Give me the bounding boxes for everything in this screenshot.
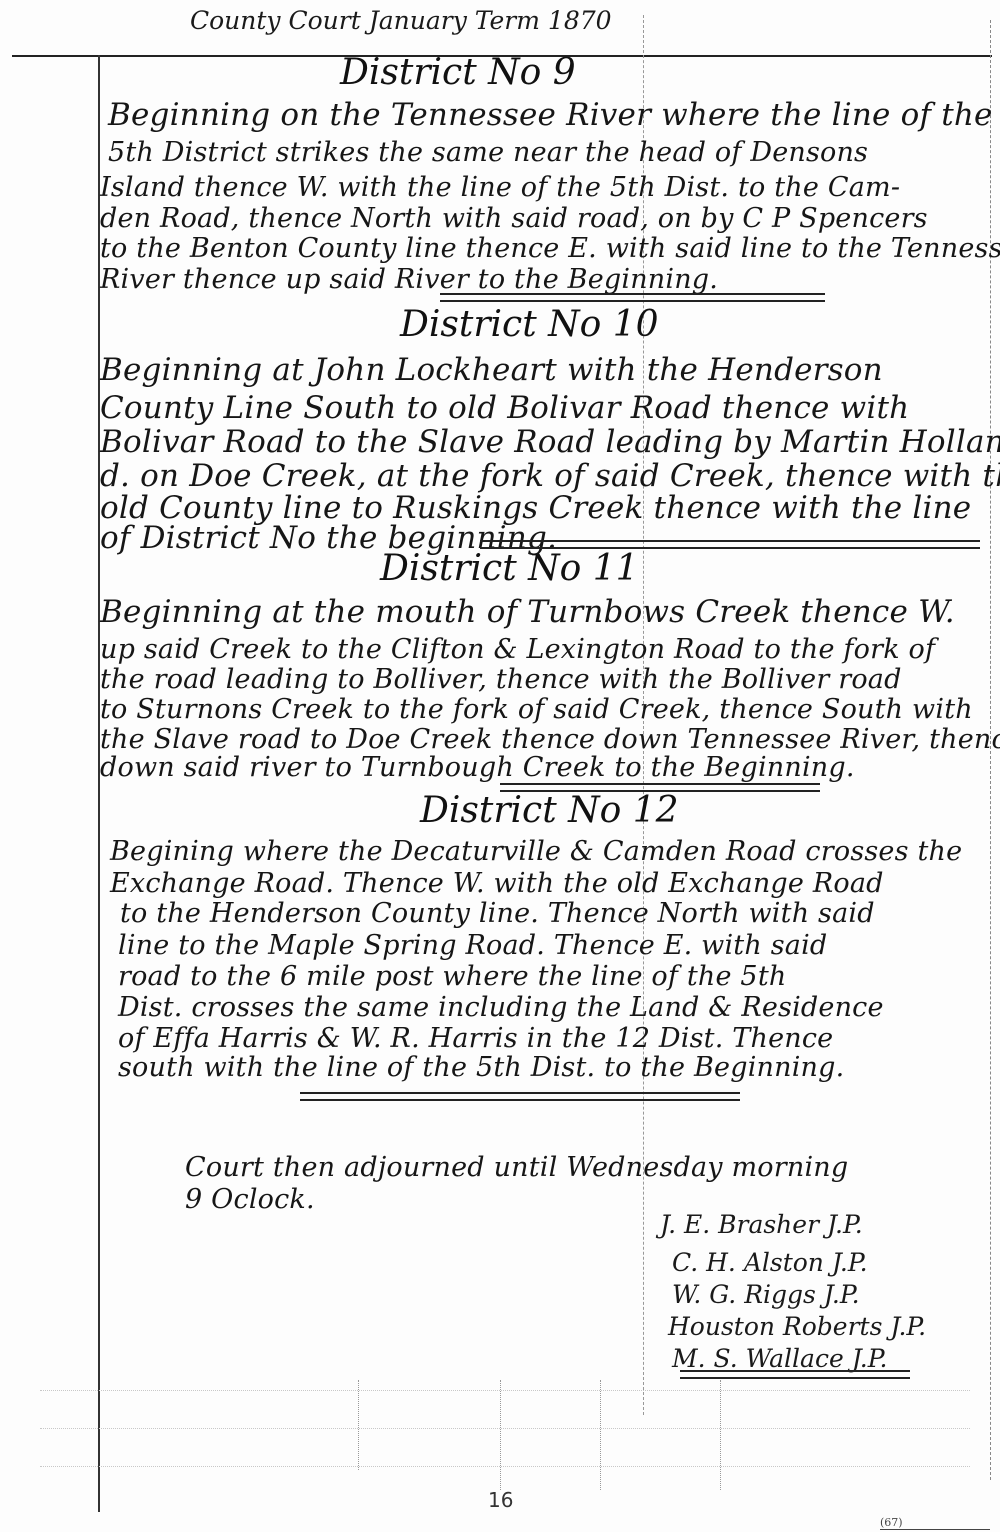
district-11-line-3: the road leading to Bolliver, thence wit… bbox=[100, 664, 902, 695]
ledger-grid-line bbox=[720, 1380, 721, 1490]
district-11-line-5: the Slave road to Doe Creek thence down … bbox=[100, 724, 1000, 755]
page-header: County Court January Term 1870 bbox=[190, 6, 612, 35]
signature-2: C. H. Alston J.P. bbox=[672, 1248, 868, 1277]
district-9-line-1: Beginning on the Tennessee River where t… bbox=[108, 97, 993, 133]
district-10-line-4: d. on Doe Creek, at the fork of said Cre… bbox=[100, 458, 1000, 494]
district-12-line-5: road to the 6 mile post where the line o… bbox=[118, 961, 786, 992]
signature-1: J. E. Brasher J.P. bbox=[660, 1210, 863, 1239]
document-page: County Court January Term 1870 District … bbox=[0, 0, 1000, 1532]
section-divider bbox=[440, 293, 825, 302]
ledger-rule bbox=[40, 1390, 970, 1391]
adjournment-line-2: 9 Oclock. bbox=[185, 1184, 315, 1215]
signature-4: Houston Roberts J.P. bbox=[668, 1312, 926, 1341]
district-11-line-6: down said river to Turnbough Creek to th… bbox=[100, 752, 855, 783]
district-9-line-4: den Road, thence North with said road, o… bbox=[100, 203, 928, 234]
signature-3: W. G. Riggs J.P. bbox=[672, 1280, 860, 1309]
district-12-line-3: to the Henderson County line. Thence Nor… bbox=[120, 898, 875, 929]
district-11-line-2: up said Creek to the Clifton & Lexington… bbox=[100, 634, 935, 665]
district-12-line-7: of Effa Harris & W. R. Harris in the 12 … bbox=[118, 1023, 833, 1054]
ledger-grid-line bbox=[358, 1380, 359, 1470]
district-9-line-3: Island thence W. with the line of the 5t… bbox=[100, 172, 900, 203]
district-10-line-3: Bolivar Road to the Slave Road leading b… bbox=[100, 424, 1000, 460]
district-9-line-2: 5th District strikes the same near the h… bbox=[108, 137, 868, 168]
ledger-grid-line bbox=[500, 1380, 501, 1490]
district-11-line-4: to Sturnons Creek to the fork of said Cr… bbox=[100, 694, 973, 725]
district-12-line-1: Begining where the Decaturville & Camden… bbox=[110, 836, 962, 867]
district-12-line-2: Exchange Road. Thence W. with the old Ex… bbox=[110, 868, 884, 899]
district-12-line-4: line to the Maple Spring Road. Thence E.… bbox=[118, 930, 827, 961]
ledger-grid-line bbox=[600, 1380, 601, 1490]
ledger-rule bbox=[40, 1466, 970, 1467]
adjournment-line-1: Court then adjourned until Wednesday mor… bbox=[185, 1152, 848, 1183]
district-12-line-6: Dist. crosses the same including the Lan… bbox=[118, 992, 884, 1023]
ledger-rule bbox=[40, 1428, 970, 1429]
district-10-line-2: County Line South to old Bolivar Road th… bbox=[100, 390, 909, 426]
district-11-line-1: Beginning at the mouth of Turnbows Creek… bbox=[100, 594, 955, 630]
district-10-line-1: Beginning at John Lockheart with the Hen… bbox=[100, 352, 883, 388]
district-9-heading: District No 9 bbox=[340, 52, 576, 93]
signature-underline bbox=[680, 1370, 910, 1379]
section-divider bbox=[300, 1092, 740, 1101]
signature-5: M. S. Wallace J.P. bbox=[672, 1344, 887, 1373]
archive-stamp: (67) bbox=[880, 1516, 990, 1530]
page-number: 16 bbox=[488, 1488, 513, 1512]
district-9-line-6: River thence up said River to the Beginn… bbox=[100, 264, 718, 295]
district-9-line-5: to the Benton County line thence E. with… bbox=[100, 233, 1000, 264]
district-10-heading: District No 10 bbox=[400, 304, 659, 345]
district-11-heading: District No 11 bbox=[380, 548, 639, 589]
district-12-line-8: south with the line of the 5th Dist. to … bbox=[118, 1052, 844, 1083]
district-12-heading: District No 12 bbox=[420, 790, 679, 831]
